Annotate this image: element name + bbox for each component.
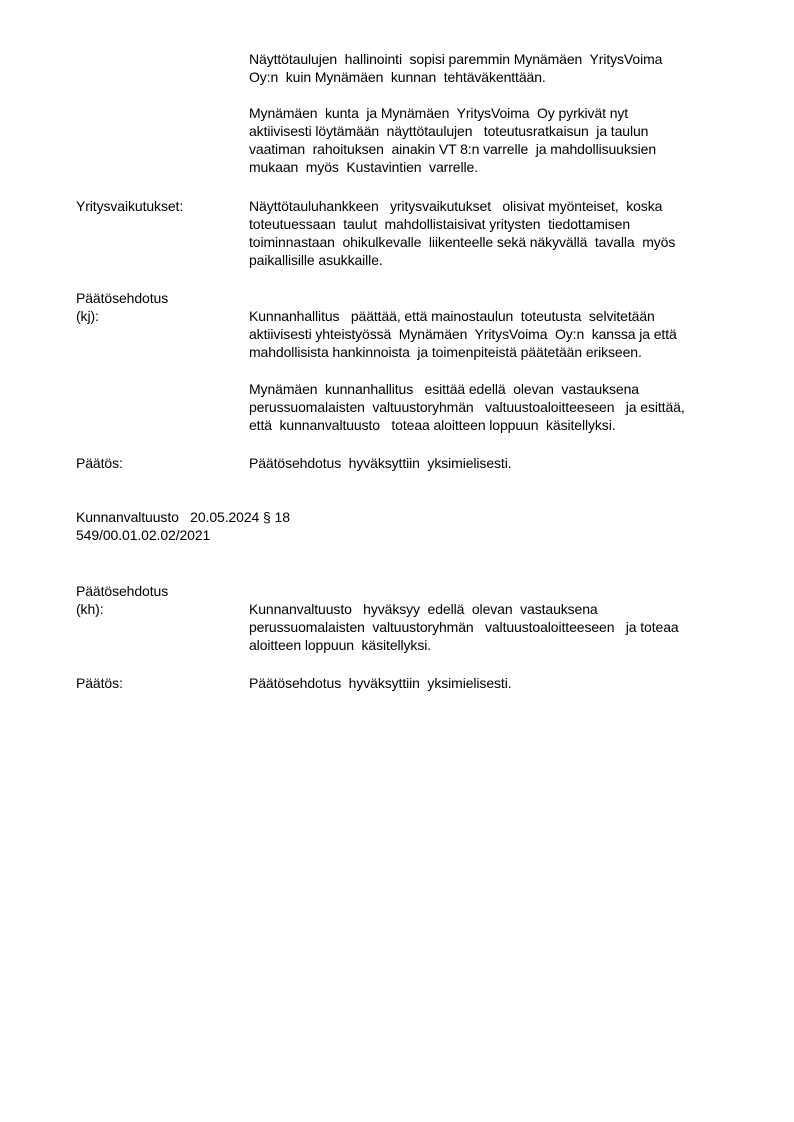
paatosehdotus-kj-label-suffix: (kj): xyxy=(76,307,99,325)
yritysvaikutukset-line: toteutuessaan taulut mahdollistaisivat y… xyxy=(249,215,630,233)
paatosehdotus-kh-line: Kunnanvaltuusto hyväksyy edellä olevan v… xyxy=(249,600,598,618)
intro-para2-line: vaatiman rahoituksen ainakin VT 8:n varr… xyxy=(249,140,656,158)
intro-para2-line: mukaan myös Kustavintien varrelle. xyxy=(249,158,478,176)
paatosehdotus-kj-line: aktiivisesti yhteistyössä Mynämäen Yrity… xyxy=(249,325,677,343)
yritysvaikutukset-line: Näyttötauluhankkeen yritysvaikutukset ol… xyxy=(249,197,662,215)
paatosehdotus-kj-line: mahdollisista hankinnoista ja toimenpite… xyxy=(249,343,642,361)
paatos-label: Päätös: xyxy=(76,674,123,692)
intro-para1-line: Oy:n kuin Mynämäen kunnan tehtäväkenttää… xyxy=(249,68,546,86)
meeting-title: Kunnanvaltuusto 20.05.2024 § 18 xyxy=(76,508,290,526)
paatosehdotus-kj-line: Mynämäen kunnanhallitus esittää edellä o… xyxy=(249,380,639,398)
intro-para1-line: Näyttötaulujen hallinointi sopisi paremm… xyxy=(249,50,662,68)
yritysvaikutukset-label: Yritysvaikutukset: xyxy=(76,197,183,215)
paatosehdotus-kj-label: Päätösehdotus xyxy=(76,289,168,307)
intro-para2-line: Mynämäen kunta ja Mynämäen YritysVoima O… xyxy=(249,104,628,122)
paatos-text: Päätösehdotus hyväksyttiin yksimielisest… xyxy=(249,454,512,472)
yritysvaikutukset-line: toiminnastaan ohikulkevalle liikenteelle… xyxy=(249,233,675,251)
paatosehdotus-kh-line: aloitteen loppuun käsitellyksi. xyxy=(249,636,431,654)
paatos-label: Päätös: xyxy=(76,454,123,472)
paatosehdotus-kh-label-suffix: (kh): xyxy=(76,600,104,618)
paatosehdotus-kh-line: perussuomalaisten valtuustoryhmän valtuu… xyxy=(249,618,679,636)
intro-para2-line: aktiivisesti löytämään näyttötaulujen to… xyxy=(249,122,648,140)
paatosehdotus-kj-line: että kunnanvaltuusto toteaa aloitteen lo… xyxy=(249,416,616,434)
meeting-reference: 549/00.01.02.02/2021 xyxy=(76,526,210,544)
paatosehdotus-kh-label: Päätösehdotus xyxy=(76,582,168,600)
paatosehdotus-kj-line: Kunnanhallitus päättää, että mainostaulu… xyxy=(249,307,655,325)
paatosehdotus-kj-line: perussuomalaisten valtuustoryhmän valtuu… xyxy=(249,398,685,416)
paatos-text: Päätösehdotus hyväksyttiin yksimielisest… xyxy=(249,674,512,692)
yritysvaikutukset-line: paikallisille asukkaille. xyxy=(249,251,383,269)
